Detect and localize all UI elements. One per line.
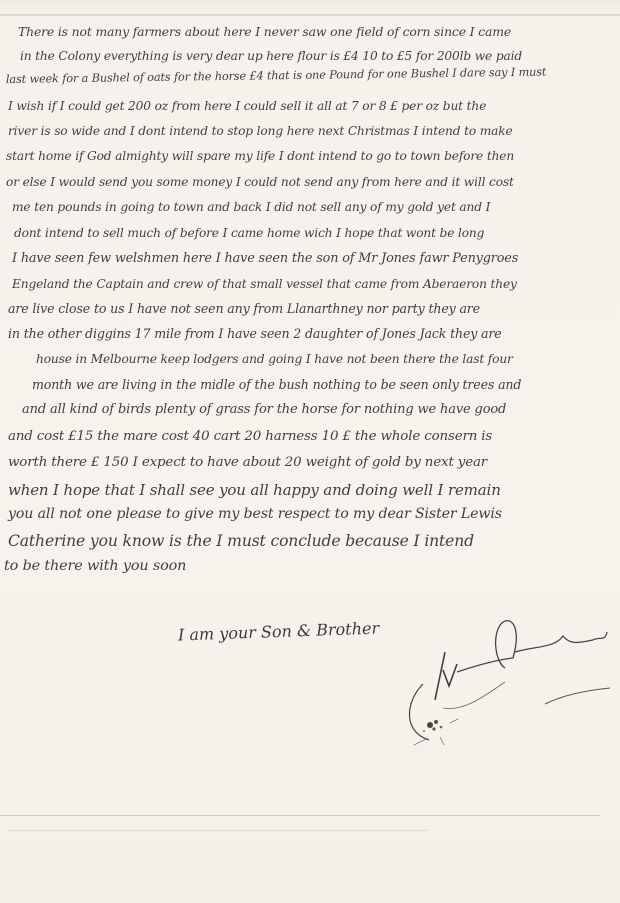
letter-line: house in Melbourne keep lodgers and goin… bbox=[36, 352, 513, 366]
letter-line: are live close to us I have not seen any… bbox=[8, 301, 480, 316]
letter-line: start home if God almighty will spare my… bbox=[6, 149, 514, 163]
letter-closing: I am your Son & Brother bbox=[178, 618, 380, 644]
ink-blot-icon bbox=[410, 715, 470, 750]
letter-line: to be there with you soon bbox=[4, 558, 186, 574]
letter-line: river is so wide and I dont intend to st… bbox=[8, 124, 513, 138]
letter-line: Catherine you know is the I must conclud… bbox=[8, 532, 474, 550]
paper-fold-line bbox=[8, 830, 428, 831]
letter-line: me ten pounds in going to town and back … bbox=[12, 200, 490, 214]
letter-page: There is not many farmers about here I n… bbox=[0, 0, 620, 903]
letter-line: in the Colony everything is very dear up… bbox=[20, 49, 522, 63]
letter-line: when I hope that I shall see you all hap… bbox=[8, 481, 501, 499]
letter-line: There is not many farmers about here I n… bbox=[18, 24, 511, 39]
letter-line: worth there £ 150 I expect to have about… bbox=[8, 455, 487, 470]
letter-line: and all kind of birds plenty of grass fo… bbox=[22, 402, 506, 417]
letter-line: last week for a Bushel of oats for the h… bbox=[6, 65, 546, 86]
letter-line: dont intend to sell much of before I cam… bbox=[14, 226, 484, 240]
page-top-edge bbox=[0, 14, 620, 16]
letter-line: you all not one please to give my best r… bbox=[8, 506, 502, 522]
letter-line: I have seen few welshmen here I have see… bbox=[12, 251, 518, 266]
letter-line: I wish if I could get 200 oz from here I… bbox=[8, 99, 486, 113]
paper-fold-line bbox=[0, 815, 600, 816]
letter-line: month we are living in the midle of the … bbox=[32, 377, 521, 392]
letter-line: and cost £15 the mare cost 40 cart 20 ha… bbox=[8, 429, 492, 444]
letter-line: or else I would send you some money I co… bbox=[6, 175, 514, 189]
letter-line: Engeland the Captain and crew of that sm… bbox=[12, 277, 517, 291]
letter-line: in the other diggins 17 mile from I have… bbox=[8, 326, 502, 341]
